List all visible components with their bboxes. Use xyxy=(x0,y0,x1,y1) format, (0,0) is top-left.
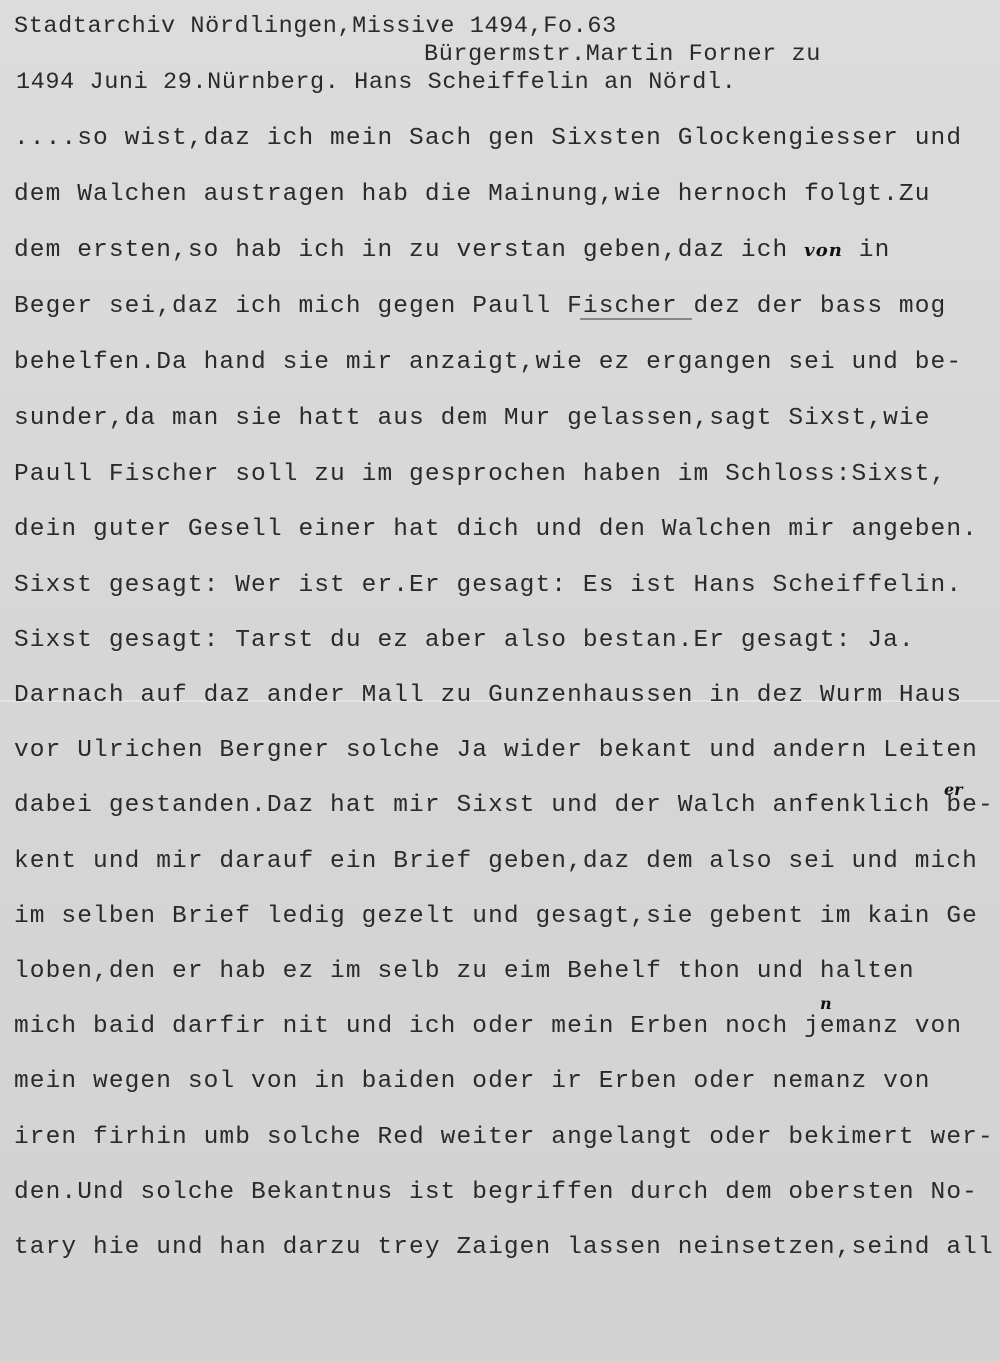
body-line-17: mich baid darfir nit und ich oder mein E… xyxy=(14,1012,962,1042)
body-line-3: dem ersten,so hab ich in zu verstan gebe… xyxy=(14,236,890,266)
body-line-9: Sixst gesagt: Wer ist er.Er gesagt: Es i… xyxy=(14,571,962,601)
body-line-11: Darnach auf daz ander Mall zu Gunzenhaus… xyxy=(14,681,962,711)
body-line-21: tary hie und han darzu trey Zaigen lasse… xyxy=(14,1233,994,1263)
handwritten-insert: von xyxy=(804,240,843,261)
body-line-1: ....so wist,daz ich mein Sach gen Sixste… xyxy=(14,124,962,154)
body-line-4: Beger sei,daz ich mich gegen Paull Fisch… xyxy=(14,292,946,322)
body-line-5: behelfen.Da hand sie mir anzaigt,wie ez … xyxy=(14,348,962,378)
body-line-8: dein guter Gesell einer hat dich und den… xyxy=(14,515,978,545)
handwritten-superscript-n: n xyxy=(820,994,832,1013)
body-line-7: Paull Fischer soll zu im gesprochen habe… xyxy=(14,460,946,490)
body-line-2: dem Walchen austragen hab die Mainung,wi… xyxy=(14,180,931,210)
handwritten-superscript-er: er xyxy=(944,780,963,799)
body-line-20: den.Und solche Bekantnus ist begriffen d… xyxy=(14,1178,978,1208)
body-line-18: mein wegen sol von in baiden oder ir Erb… xyxy=(14,1067,931,1097)
date-place-line: 1494 Juni 29.Nürnberg. Hans Scheiffelin … xyxy=(16,68,736,98)
body-line-12: vor Ulrichen Bergner solche Ja wider bek… xyxy=(14,736,978,766)
body-line-15: im selben Brief ledig gezelt und gesagt,… xyxy=(14,902,978,932)
recipient-line: Bürgermstr.Martin Forner zu xyxy=(424,40,821,70)
body-line-10: Sixst gesagt: Tarst du ez aber also best… xyxy=(14,626,915,656)
body-line-3-text: dem ersten,so hab ich in zu verstan gebe… xyxy=(14,237,788,264)
body-line-14: kent und mir darauf ein Brief geben,daz … xyxy=(14,847,978,877)
body-line-19: iren firhin umb solche Red weiter angela… xyxy=(14,1123,994,1153)
body-line-13: dabei gestanden.Daz hat mir Sixst und de… xyxy=(14,791,994,821)
archive-reference: Stadtarchiv Nördlingen,Missive 1494,Fo.6… xyxy=(14,12,617,42)
body-line-6: sunder,da man sie hatt aus dem Mur gelas… xyxy=(14,404,931,434)
typewritten-document-page: Stadtarchiv Nördlingen,Missive 1494,Fo.6… xyxy=(0,0,1000,1362)
body-line-16: loben,den er hab ez im selb zu eim Behel… xyxy=(14,957,915,987)
body-line-3-tail: in xyxy=(843,237,890,264)
